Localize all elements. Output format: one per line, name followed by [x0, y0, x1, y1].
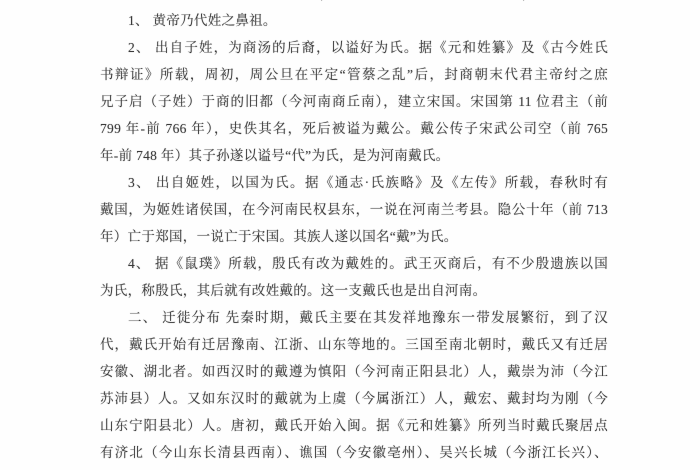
text-line: 安徽、湖北者。如西汉时的戴遵为慎阳（今河南正阳县北）人，戴崇为沛（今江 — [100, 358, 608, 385]
text-line: 山东宁阳县北）人。唐初，戴氏开始入闽。据《元和姓纂》所列当时戴氏聚居点 — [100, 412, 608, 439]
document-text-block: 一、姓氏源流 代姓与戴姓同源，代（戴）姓在历史上源远流长，其来源有四 1、 黄帝… — [100, 0, 608, 466]
document-page: 一、姓氏源流 代姓与戴姓同源，代（戴）姓在历史上源远流长，其来源有四 1、 黄帝… — [0, 0, 700, 470]
text-line: 799 年-前 766 年），史佚其名，死后被谥为戴公。戴公传子宋武公司空（前 … — [100, 115, 608, 142]
text-line: 苏沛县）人。又如东汉时的戴就为上虞（今属浙江）人，戴宏、戴封均为刚（今 — [100, 385, 608, 412]
text-line: 2、 出自子姓，为商汤的后裔，以谥好为氏。据《元和姓纂》及《古今姓氏 — [100, 34, 608, 61]
text-line: 3、 出自姬姓，以国为氏。据《通志·氏族略》及《左传》所载，春秋时有 — [100, 169, 608, 196]
text-line: 为氏，称殷氏，其后就有改姓戴的。这一支戴氏也是出自河南。 — [100, 277, 608, 304]
text-line: 有济北（今山东长清县西南）、谯国（今安徽亳州）、吴兴长城（今浙江长兴）、 — [100, 439, 608, 466]
text-line: 4、 据《鼠璞》所载，殷氏有改为戴姓的。武王灭商后，有不少殷遗族以国 — [100, 250, 608, 277]
text-line: 书辩证》所载，周初，周公旦在平定“管蔡之乱”后，封商朝末代君主帝纣之庶 — [100, 61, 608, 88]
text-line: 年-前 748 年）其子孙遂以谥号“代”为氏，是为河南戴氏。 — [100, 142, 608, 169]
text-line: 兄子启（子姓）于商的旧都（今河南商丘南），建立宋国。宋国第 11 位君主（前 — [100, 88, 608, 115]
clipped-text-line: 一、姓氏源流 代姓与戴姓同源，代（戴）姓在历史上源远流长，其来源有四 — [100, 0, 608, 7]
text-line: 二、 迁徙分布 先秦时期，戴氏主要在其发祥地豫东一带发展繁衍，到了汉 — [100, 304, 608, 331]
text-line: 1、 黄帝乃代姓之鼻祖。 — [100, 7, 608, 34]
text-line: 年）亡于郑国，一说亡于宋国。其族人遂以国名“戴”为氏。 — [100, 223, 608, 250]
text-line: 戴国，为姬姓诸侯国，在今河南民权县东，一说在河南兰考县。隐公十年（前 713 — [100, 196, 608, 223]
text-line: 代，戴氏开始有迁居豫南、江浙、山东等地的。三国至南北朝时，戴氏又有迁居 — [100, 331, 608, 358]
